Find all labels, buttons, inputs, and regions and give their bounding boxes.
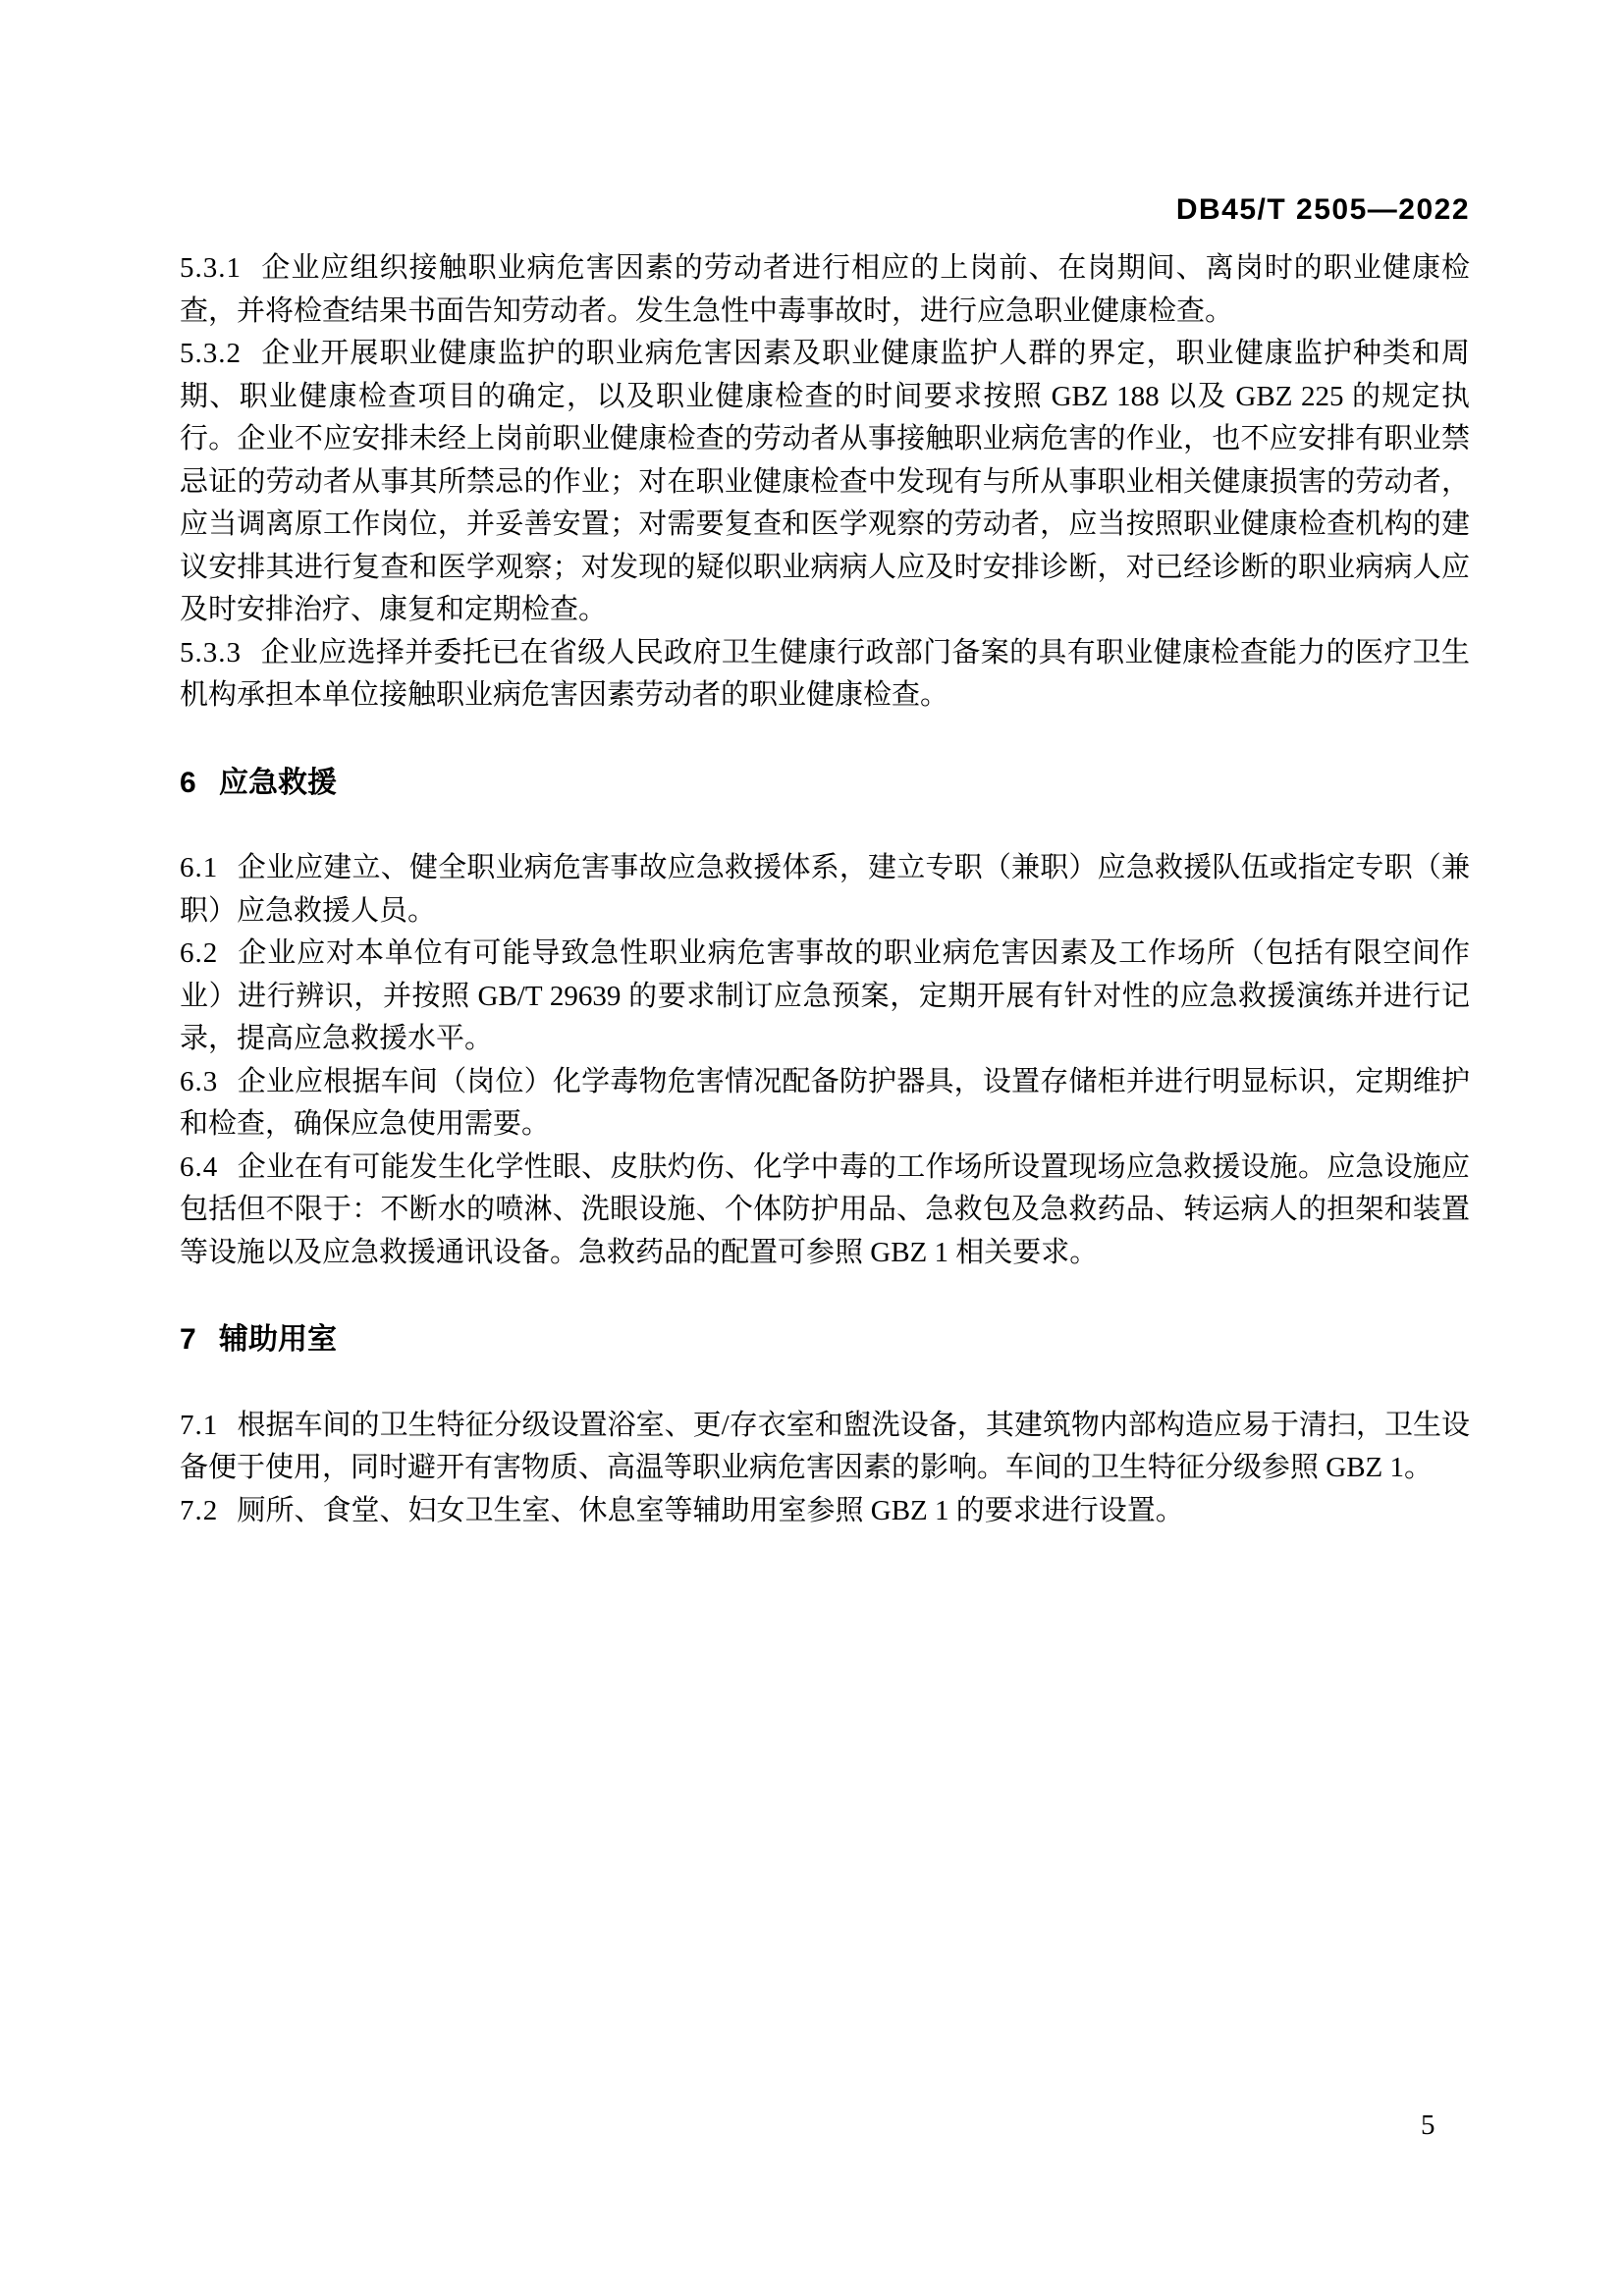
clause-number: 5.3.1 <box>180 252 242 284</box>
section-number: 6 <box>180 767 196 799</box>
section-heading-7: 7 辅助用室 <box>180 1318 1470 1362</box>
clause-number: 6.3 <box>180 1066 218 1097</box>
clause-text: 厕所、食堂、妇女卫生室、休息室等辅助用室参照 GBZ 1 的要求进行设置。 <box>238 1495 1184 1526</box>
clause-text: 企业开展职业健康监护的职业病危害因素及职业健康监护人群的界定，职业健康监护种类和… <box>180 338 1470 625</box>
clause-text: 企业应建立、健全职业病危害事故应急救援体系，建立专职（兼职）应急救援队伍或指定专… <box>180 852 1470 927</box>
clause-6-3: 6.3 企业应根据车间（岗位）化学毒物危害情况配备防护器具，设置存储柜并进行明显… <box>180 1061 1470 1147</box>
clause-text: 企业应组织接触职业病危害因素的劳动者进行相应的上岗前、在岗期间、离岗时的职业健康… <box>180 252 1470 327</box>
clause-text: 根据车间的卫生特征分级设置浴室、更/存衣室和盥洗设备，其建筑物内部构造应易于清扫… <box>180 1410 1470 1484</box>
clause-5-3-3: 5.3.3 企业应选择并委托已在省级人民政府卫生健康行政部门备案的具有职业健康检… <box>180 632 1470 718</box>
clause-6-1: 6.1 企业应建立、健全职业病危害事故应急救援体系，建立专职（兼职）应急救援队伍… <box>180 847 1470 933</box>
clause-number: 6.2 <box>180 937 218 969</box>
clause-6-2: 6.2 企业应对本单位有可能导致急性职业病危害事故的职业病危害因素及工作场所（包… <box>180 933 1470 1061</box>
section-title: 辅助用室 <box>219 1323 337 1356</box>
section-number: 7 <box>180 1323 196 1356</box>
document-page: DB45/T 2505—2022 5.3.1 企业应组织接触职业病危害因素的劳动… <box>0 0 1624 2296</box>
clause-number: 5.3.3 <box>180 637 242 668</box>
section-heading-6: 6 应急救援 <box>180 762 1470 805</box>
clause-text: 企业在有可能发生化学性眼、皮肤灼伤、化学中毒的工作场所设置现场应急救援设施。应急… <box>180 1151 1470 1268</box>
clause-text: 企业应根据车间（岗位）化学毒物危害情况配备防护器具，设置存储柜并进行明显标识，定… <box>180 1066 1470 1141</box>
page-number: 5 <box>1421 2109 1435 2142</box>
clause-text: 企业应选择并委托已在省级人民政府卫生健康行政部门备案的具有职业健康检查能力的医疗… <box>180 637 1470 712</box>
clause-number: 5.3.2 <box>180 338 242 369</box>
clause-7-2: 7.2 厕所、食堂、妇女卫生室、休息室等辅助用室参照 GBZ 1 的要求进行设置… <box>180 1490 1470 1533</box>
clause-6-4: 6.4 企业在有可能发生化学性眼、皮肤灼伤、化学中毒的工作场所设置现场应急救援设… <box>180 1147 1470 1275</box>
section-title: 应急救援 <box>219 767 337 799</box>
standard-code-header: DB45/T 2505—2022 <box>180 193 1470 227</box>
clause-number: 6.1 <box>180 852 218 883</box>
clause-5-3-2: 5.3.2 企业开展职业健康监护的职业病危害因素及职业健康监护人群的界定，职业健… <box>180 333 1470 632</box>
clause-text: 企业应对本单位有可能导致急性职业病危害事故的职业病危害因素及工作场所（包括有限空… <box>180 937 1470 1054</box>
clause-number: 7.2 <box>180 1495 218 1526</box>
document-content: 5.3.1 企业应组织接触职业病危害因素的劳动者进行相应的上岗前、在岗期间、离岗… <box>180 247 1470 1532</box>
clause-number: 7.1 <box>180 1410 218 1441</box>
clause-number: 6.4 <box>180 1151 218 1183</box>
clause-7-1: 7.1 根据车间的卫生特征分级设置浴室、更/存衣室和盥洗设备，其建筑物内部构造应… <box>180 1405 1470 1490</box>
clause-5-3-1: 5.3.1 企业应组织接触职业病危害因素的劳动者进行相应的上岗前、在岗期间、离岗… <box>180 247 1470 333</box>
